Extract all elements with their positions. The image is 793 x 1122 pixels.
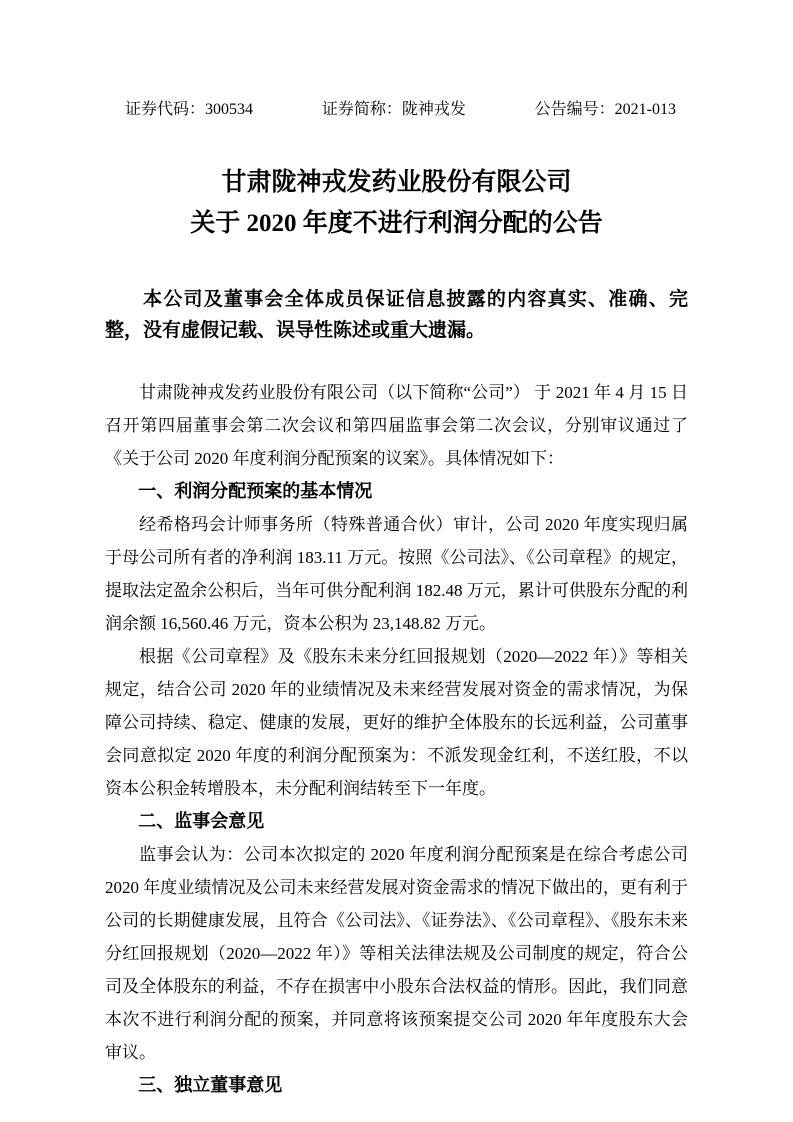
stock-code: 证券代码：300534 bbox=[125, 100, 253, 120]
paragraph: 经希格玛会计师事务所（特殊普通合伙）审计，公司 2020 年度实现归属于母公司所… bbox=[105, 508, 688, 640]
section-heading-supervisory-board-opinion: 二、监事会意见 bbox=[105, 805, 688, 838]
document-title: 甘肃陇神戎发药业股份有限公司 关于 2020 年度不进行利润分配的公告 bbox=[105, 162, 688, 244]
paragraph: 监事会认为：公司本次拟定的 2020 年度利润分配预案是在综合考虑公司 2020… bbox=[105, 838, 688, 1069]
announcement-number: 公告编号：2021-013 bbox=[535, 100, 676, 120]
document-body: 甘肃陇神戎发药业股份有限公司（以下简称“公司”） 于 2021 年 4 月 15… bbox=[105, 376, 688, 1102]
paragraph: 根据《公司章程》及《股东未来分红回报规划（2020—2022 年）》等相关规定，… bbox=[105, 640, 688, 805]
announcement-subject-title: 关于 2020 年度不进行利润分配的公告 bbox=[105, 203, 688, 244]
company-name-title: 甘肃陇神戎发药业股份有限公司 bbox=[105, 162, 688, 203]
disclaimer-statement: 本公司及董事会全体成员保证信息披露的内容真实、准确、完整，没有虚假记载、误导性陈… bbox=[105, 284, 688, 346]
intro-paragraph: 甘肃陇神戎发药业股份有限公司（以下简称“公司”） 于 2021 年 4 月 15… bbox=[105, 376, 688, 475]
document-page: 证券代码：300534 证券简称：陇神戎发 公告编号：2021-013 甘肃陇神… bbox=[0, 0, 793, 1122]
document-header: 证券代码：300534 证券简称：陇神戎发 公告编号：2021-013 bbox=[105, 100, 688, 120]
stock-short-name: 证券简称：陇神戎发 bbox=[322, 100, 466, 120]
section-heading-profit-distribution-plan: 一、利润分配预案的基本情况 bbox=[105, 475, 688, 508]
section-heading-independent-directors-opinion: 三、独立董事意见 bbox=[105, 1069, 688, 1102]
